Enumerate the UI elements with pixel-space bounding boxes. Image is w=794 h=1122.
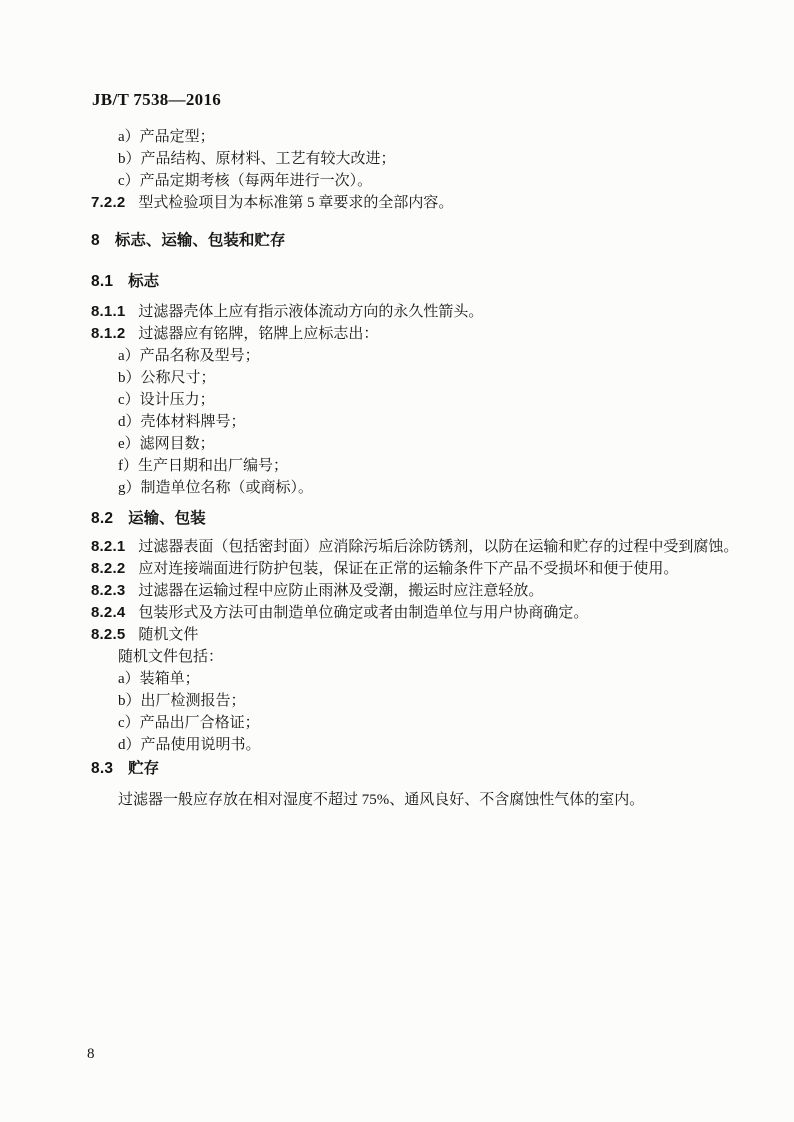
section-number: 8.2 <box>91 510 113 527</box>
clause-number: 8.2.4 <box>91 604 125 621</box>
clause-text: 型式检验项目为本标准第 5 章要求的全部内容。 <box>138 195 453 211</box>
list-item: b）出厂检测报告； <box>91 690 734 712</box>
clause-number: 8.2.2 <box>91 560 125 577</box>
section-title: 标志、运输、包装和贮存 <box>115 232 286 249</box>
docs-intro: 随机文件包括： <box>91 646 734 668</box>
list-item: c）产品定期考核（每两年进行一次）。 <box>91 170 734 192</box>
section-81-heading: 8.1标志 <box>91 271 734 293</box>
clause-number: 8.1.2 <box>91 325 125 342</box>
section-number: 8.3 <box>91 760 113 777</box>
section-8-heading: 8标志、运输、包装和贮存 <box>91 230 734 252</box>
section-title: 运输、包装 <box>128 510 206 527</box>
clause-number: 8.2.1 <box>91 538 125 555</box>
list-item: d）产品使用说明书。 <box>91 734 734 756</box>
clause-number: 8.2.3 <box>91 582 125 599</box>
section-title: 贮存 <box>128 760 159 777</box>
clause-821: 8.2.1过滤器表面（包括密封面）应消除污垢后涂防锈剂，以防在运输和贮存的过程中… <box>91 536 734 558</box>
list-item: g）制造单位名称（或商标）。 <box>91 477 734 499</box>
section-number: 8.1 <box>91 273 113 290</box>
list-item: b）产品结构、原材料、工艺有较大改进； <box>91 148 734 170</box>
clause-text: 应对连接端面进行防护包装，保证在正常的运输条件下产品不受损坏和便于使用。 <box>138 561 678 577</box>
clause-83-text: 过滤器一般应存放在相对湿度不超过 75%、通风良好、不含腐蚀性气体的室内。 <box>91 789 734 811</box>
clause-text: 过滤器在运输过程中应防止雨淋及受潮，搬运时应注意轻放。 <box>138 583 543 599</box>
section-title: 标志 <box>128 273 159 290</box>
section-82-heading: 8.2运输、包装 <box>91 508 734 530</box>
clause-number: 8.1.1 <box>91 303 125 320</box>
page-number: 8 <box>87 1046 95 1063</box>
clause-number: 7.2.2 <box>91 194 125 211</box>
clause-text: 过滤器应有铭牌，铭牌上应标志出： <box>138 326 378 342</box>
list-item: c）产品出厂合格证； <box>91 712 734 734</box>
standard-code-header: JB/T 7538—2016 <box>92 90 221 110</box>
list-item: f）生产日期和出厂编号； <box>91 455 734 477</box>
list-item: a）产品定型； <box>91 126 734 148</box>
section-83-heading: 8.3贮存 <box>91 758 734 780</box>
list-item: a）产品名称及型号； <box>91 345 734 367</box>
list-item: e）滤网目数； <box>91 433 734 455</box>
clause-text: 过滤器表面（包括密封面）应消除污垢后涂防锈剂，以防在运输和贮存的过程中受到腐蚀。 <box>138 539 738 555</box>
clause-text: 包装形式及方法可由制造单位确定或者由制造单位与用户协商确定。 <box>138 605 588 621</box>
list-item: b）公称尺寸； <box>91 367 734 389</box>
clause-823: 8.2.3过滤器在运输过程中应防止雨淋及受潮，搬运时应注意轻放。 <box>91 580 734 602</box>
clause-825: 8.2.5随机文件 <box>91 624 734 646</box>
document-page: JB/T 7538—2016 a）产品定型； b）产品结构、原材料、工艺有较大改… <box>0 0 794 1122</box>
clause-812: 8.1.2过滤器应有铭牌，铭牌上应标志出： <box>91 323 734 345</box>
list-item: a）装箱单； <box>91 668 734 690</box>
clause-811: 8.1.1过滤器壳体上应有指示液体流动方向的永久性箭头。 <box>91 301 734 323</box>
clause-text: 随机文件 <box>138 627 198 643</box>
clause-824: 8.2.4包装形式及方法可由制造单位确定或者由制造单位与用户协商确定。 <box>91 602 734 624</box>
clause-number: 8.2.5 <box>91 626 125 643</box>
clause-text: 过滤器壳体上应有指示液体流动方向的永久性箭头。 <box>138 304 483 320</box>
clause-722: 7.2.2型式检验项目为本标准第 5 章要求的全部内容。 <box>91 192 734 214</box>
clause-822: 8.2.2应对连接端面进行防护包装，保证在正常的运输条件下产品不受损坏和便于使用… <box>91 558 734 580</box>
list-item: d）壳体材料牌号； <box>91 411 734 433</box>
section-number: 8 <box>91 232 100 249</box>
document-body: a）产品定型； b）产品结构、原材料、工艺有较大改进； c）产品定期考核（每两年… <box>91 126 734 811</box>
list-item: c）设计压力； <box>91 389 734 411</box>
